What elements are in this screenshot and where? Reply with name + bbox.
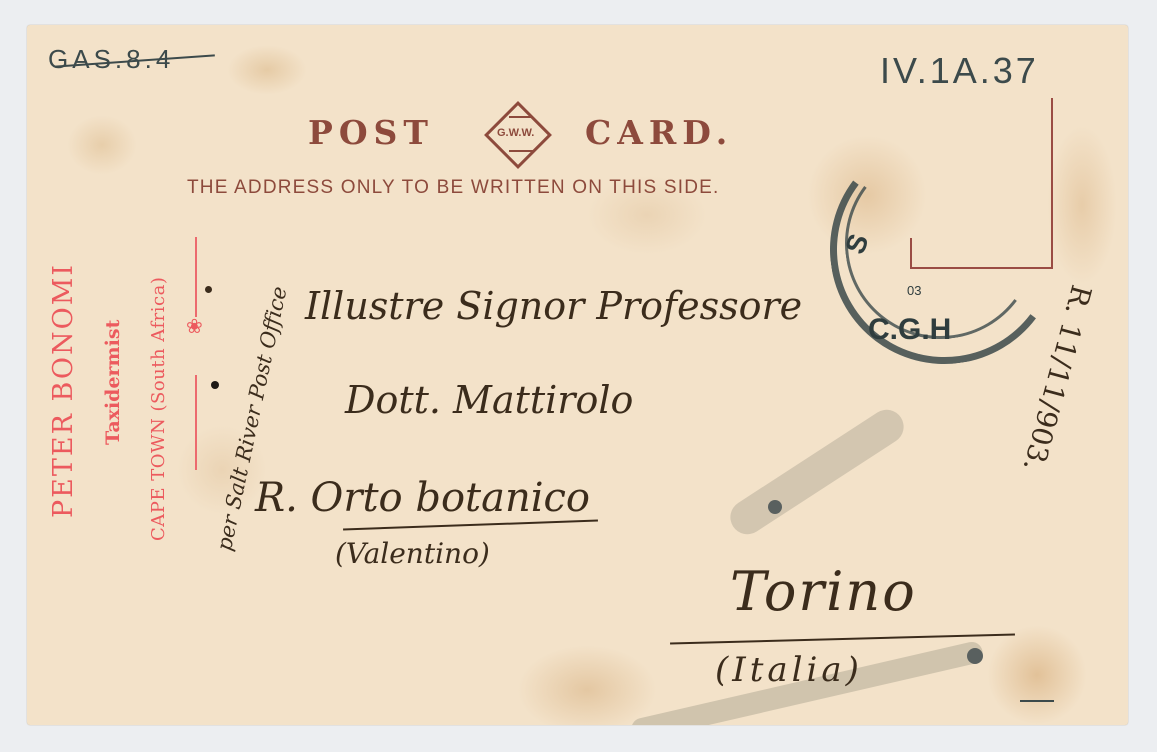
emblem-bar [509,116,533,118]
divider-rule-bottom [195,375,197,470]
divider-rule-top [195,237,197,317]
address-district: (Valentino) [335,537,490,570]
ink-smear [724,403,910,540]
sender-city: CAPE TOWN (South Africa) [148,277,169,541]
address-country: (Italia) [715,650,863,690]
address-recipient: Dott. Mattirolo [345,378,633,422]
sender-trade: Taxidermist [102,320,124,445]
fleuron-ornament-icon: ❀ [186,316,203,336]
address-salutation: Illustre Signor Professore [305,284,802,328]
ink-dot [967,648,983,664]
sender-name: PETER BONOMI [48,263,79,518]
stain [67,115,137,175]
card-label: CARD. [585,113,733,152]
pencil-mark [1020,700,1054,702]
catalog-code: IV.1A.37 [880,50,1039,92]
gww-emblem-text: G.W.W. [497,127,534,139]
postmark-office: C.G.H [868,313,951,347]
stain [227,45,307,95]
postmark-year: 03 [907,283,921,298]
address-instruction: THE ADDRESS ONLY TO BE WRITTEN ON THIS S… [187,177,719,199]
post-label: POST [308,113,434,152]
emblem-bar [509,150,533,152]
stain [987,625,1087,725]
stain [517,645,657,725]
ink-dot [768,500,782,514]
address-institution: R. Orto botanico [255,475,590,521]
postcard [27,25,1128,725]
address-city: Torino [730,560,917,623]
